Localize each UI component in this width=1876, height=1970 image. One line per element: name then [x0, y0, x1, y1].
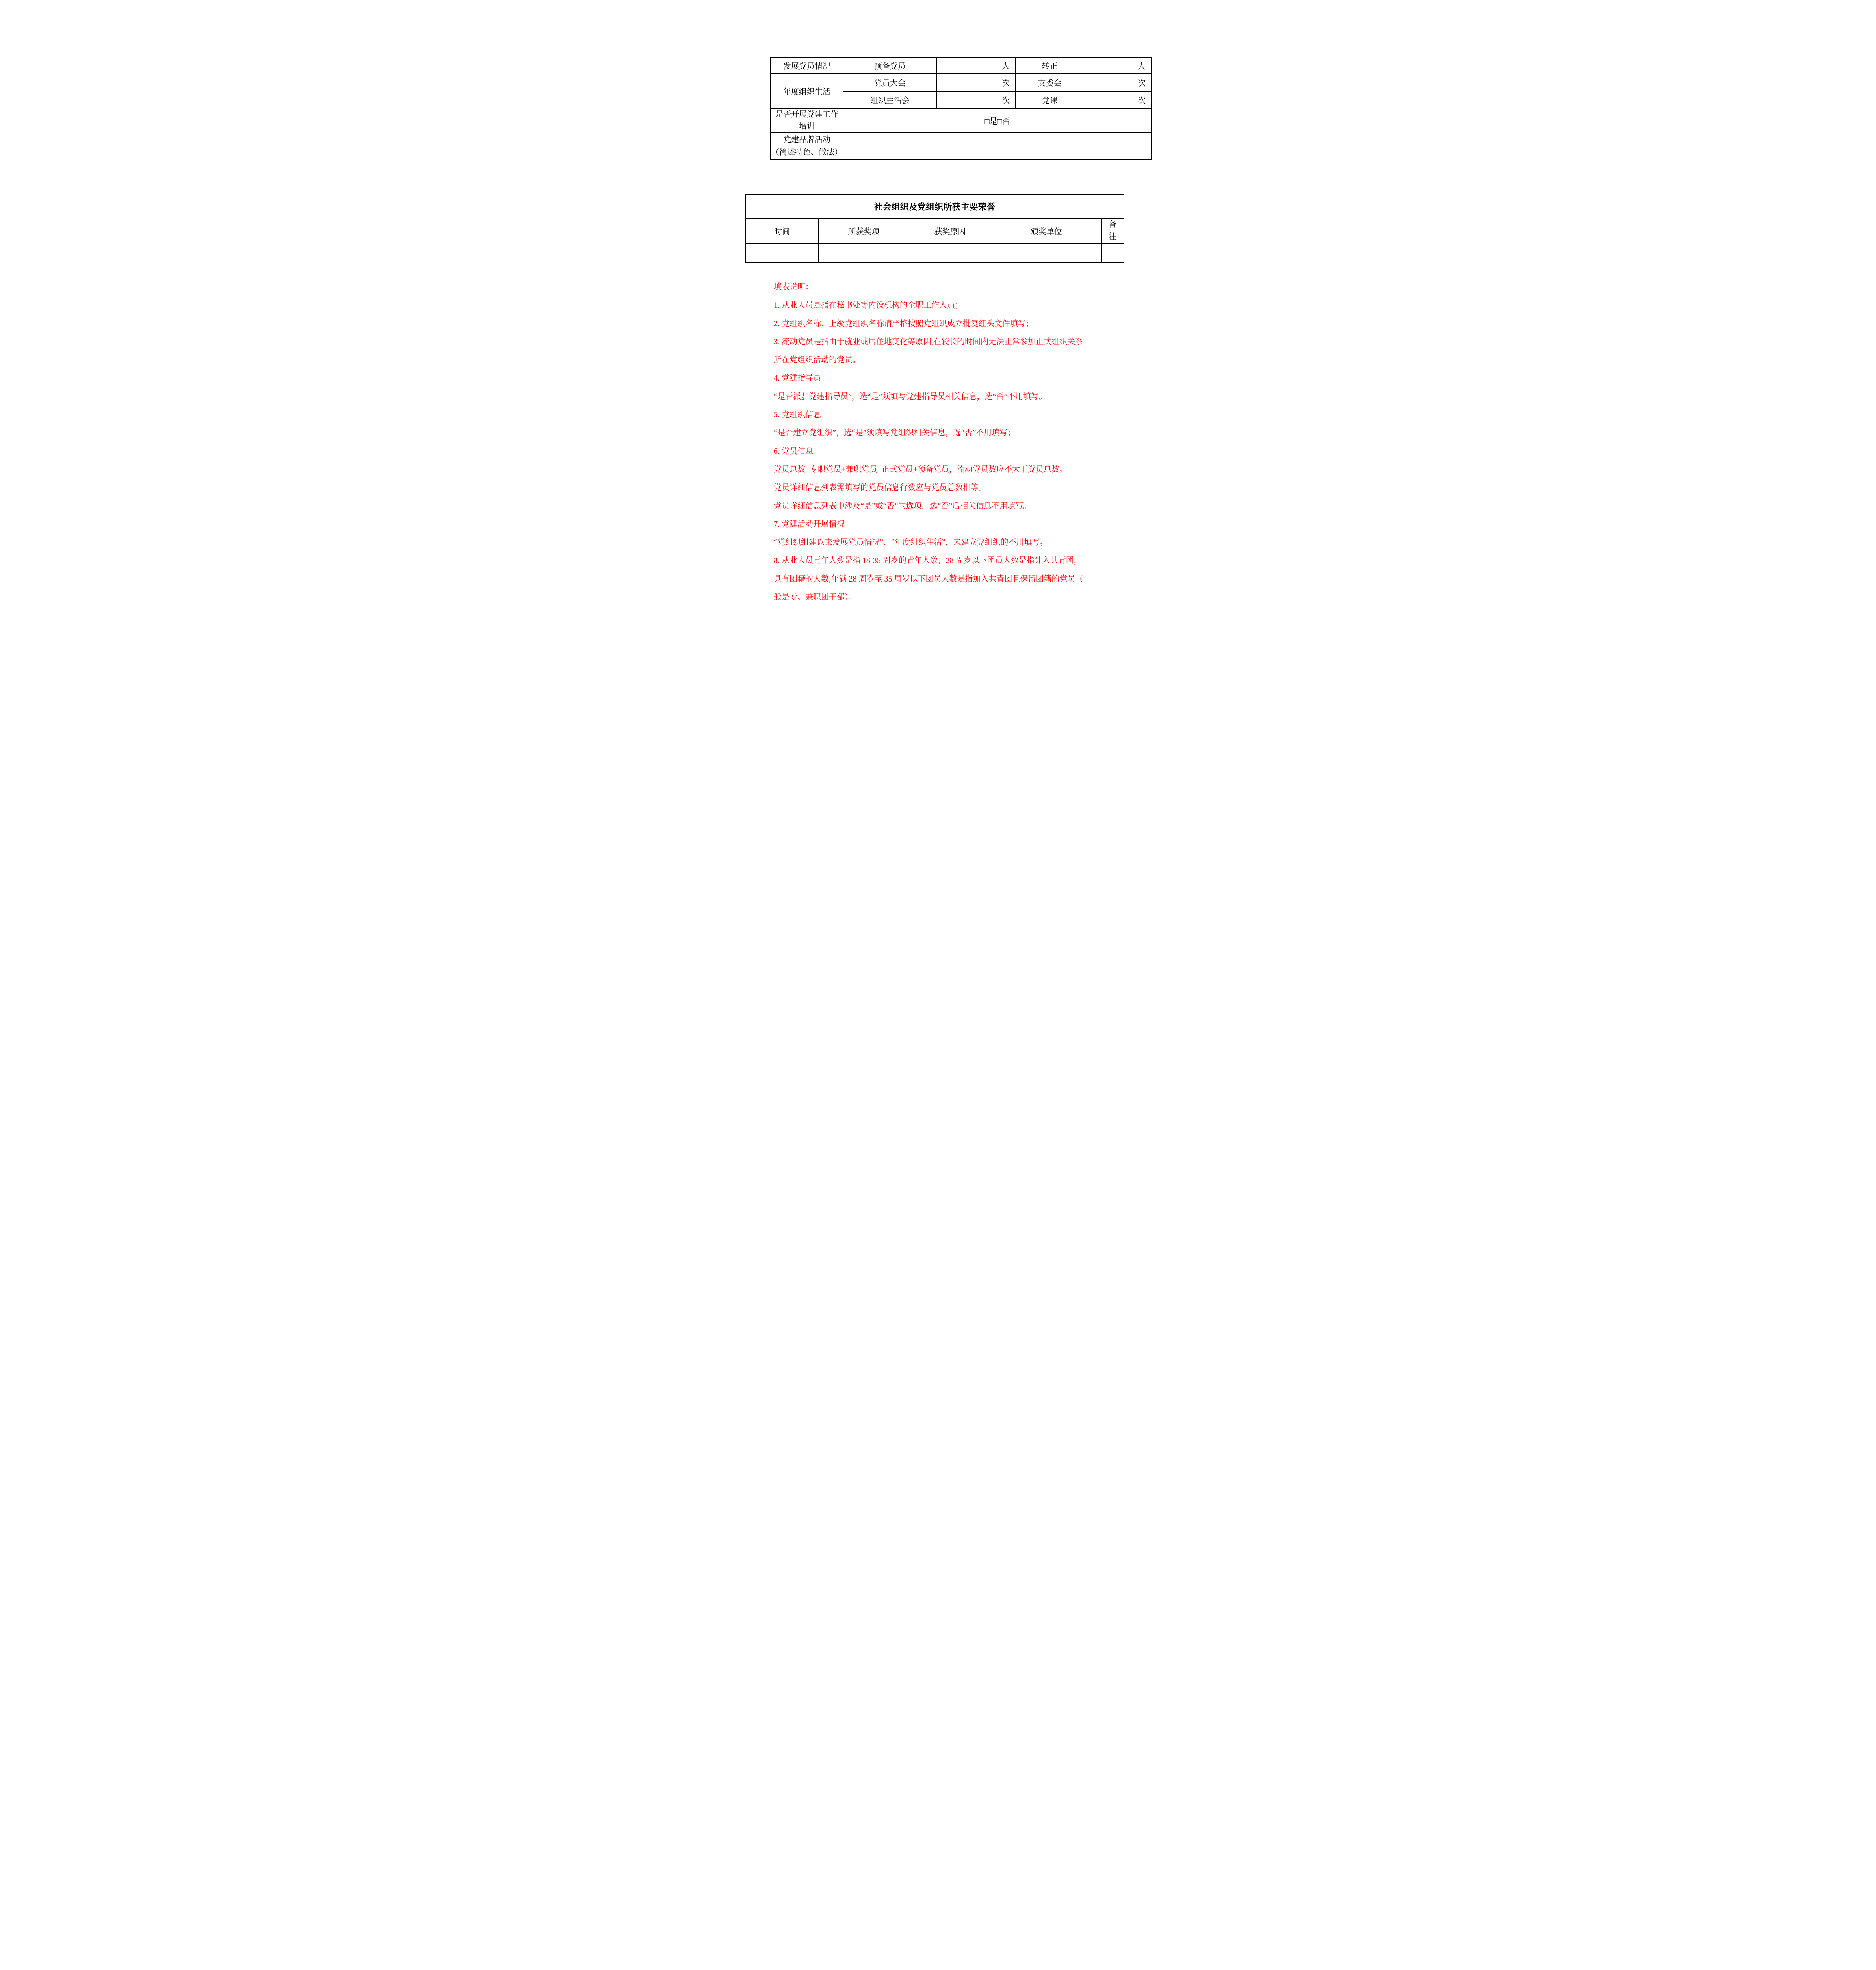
unit-times-cell[interactable]: 次: [937, 91, 1016, 108]
unit-times-cell[interactable]: 次: [1084, 91, 1152, 108]
time-input-cell[interactable]: [746, 243, 819, 263]
note-line: 党员详细信息列表中涉及“是”或“否”的选项，选“否”后相关信息不用填写。: [774, 497, 1152, 515]
filling-instructions: 填表说明： 1. 从业人员是指在秘书处等内设机构的全职工作人员； 2. 党组织名…: [774, 278, 1152, 606]
honors-table: 社会组织及党组织所获主要荣誉 时间 所获奖项 获奖原因 颁奖单位 备注: [745, 194, 1124, 263]
note-line: 5. 党组织信息: [774, 406, 1152, 424]
label-probationary-member: 预备党员: [843, 57, 937, 74]
label-line: 党建品牌活动: [771, 134, 843, 146]
table-row: 时间 所获奖项 获奖原因 颁奖单位 备注: [746, 218, 1124, 243]
note-line: 3. 流动党员是指由于就业或居住地变化等原因,在较长的时间内无法正常参加正式组织…: [774, 333, 1152, 351]
party-activity-table: 发展党员情况 预备党员 人 转正 人 年度组织生活 党员大会 次 支委会 次 组…: [770, 57, 1152, 160]
label-full-membership: 转正: [1016, 57, 1084, 74]
unit-input-cell[interactable]: [991, 243, 1102, 263]
document-page: 发展党员情况 预备党员 人 转正 人 年度组织生活 党员大会 次 支委会 次 组…: [704, 0, 1172, 663]
reason-input-cell[interactable]: [909, 243, 991, 263]
checkbox-yes-no-cell[interactable]: □是□否: [843, 108, 1152, 133]
note-line: 7. 党建活动开展情况: [774, 515, 1152, 533]
note-line: 6. 党员信息: [774, 442, 1152, 461]
label-develop-members: 发展党员情况: [771, 57, 843, 74]
note-line: “是否派驻党建指导员”，选“是”须填写党建指导员相关信息，选“否”不用填写。: [774, 388, 1152, 406]
label-member-congress: 党员大会: [843, 74, 937, 91]
header-award: 所获奖项: [819, 218, 909, 243]
label-org-life-meeting: 组织生活会: [843, 91, 937, 108]
table-row: 社会组织及党组织所获主要荣誉: [746, 194, 1124, 218]
table-row: 年度组织生活 党员大会 次 支委会 次: [771, 74, 1152, 91]
note-line: 般是专、兼职团干部）。: [774, 588, 1152, 606]
label-party-lecture: 党课: [1016, 91, 1084, 108]
table-row: 党建品牌活动 （简述特色、做法）: [771, 133, 1152, 159]
award-input-cell[interactable]: [819, 243, 909, 263]
note-line: 党员总数=专职党员+兼职党员=正式党员+预备党员，流动党员数应不大于党员总数。: [774, 461, 1152, 479]
header-awarding-unit: 颁奖单位: [991, 218, 1102, 243]
label-training-conducted: 是否开展党建工作 培训: [771, 108, 843, 133]
brand-activity-input-cell[interactable]: [843, 133, 1152, 159]
label-annual-org-life: 年度组织生活: [771, 74, 843, 108]
label-line: （简述特色、做法）: [771, 146, 843, 159]
label-brand-activity: 党建品牌活动 （简述特色、做法）: [771, 133, 843, 159]
table-row: [746, 243, 1124, 263]
table-row: 发展党员情况 预备党员 人 转正 人: [771, 57, 1152, 74]
label-line: 是否开展党建工作: [771, 109, 843, 121]
unit-times-cell[interactable]: 次: [1084, 74, 1152, 91]
unit-persons-cell[interactable]: 人: [937, 57, 1016, 74]
note-line: 1. 从业人员是指在秘书处等内设机构的全职工作人员；: [774, 296, 1152, 314]
note-heading: 填表说明：: [774, 278, 1152, 296]
header-time: 时间: [746, 218, 819, 243]
header-remarks: 备注: [1102, 218, 1124, 243]
note-line: 2. 党组织名称、上级党组织名称请严格按照党组织成立批复红头文件填写；: [774, 315, 1152, 333]
note-line: 4. 党建指导员: [774, 369, 1152, 387]
note-line: “党组织组建以来发展党员情况”、“年度组织生活”，未建立党组织的不用填写。: [774, 533, 1152, 552]
unit-times-cell[interactable]: 次: [937, 74, 1016, 91]
unit-persons-cell[interactable]: 人: [1084, 57, 1152, 74]
label-line: 培训: [771, 121, 843, 132]
note-line: 所在党组织活动的党员。: [774, 351, 1152, 369]
note-line: 具有团籍的人数;年满 28 周岁至 35 周岁以下团员人数是指加入共青团且保留团…: [774, 570, 1152, 588]
note-line: 党员详细信息列表需填写的党员信息行数应与党员总数相等。: [774, 479, 1152, 497]
header-award-reason: 获奖原因: [909, 218, 991, 243]
note-line: 8. 从业人员青年人数是指 18-35 周岁的青年人数；28 周岁以下团员人数是…: [774, 552, 1152, 570]
label-branch-committee: 支委会: [1016, 74, 1084, 91]
note-line: “是否建立党组织”，选“是”须填写党组织相关信息，选“否”不用填写；: [774, 424, 1152, 442]
table-row: 是否开展党建工作 培训 □是□否: [771, 108, 1152, 133]
honors-table-title: 社会组织及党组织所获主要荣誉: [746, 194, 1124, 218]
remarks-input-cell[interactable]: [1102, 243, 1124, 263]
